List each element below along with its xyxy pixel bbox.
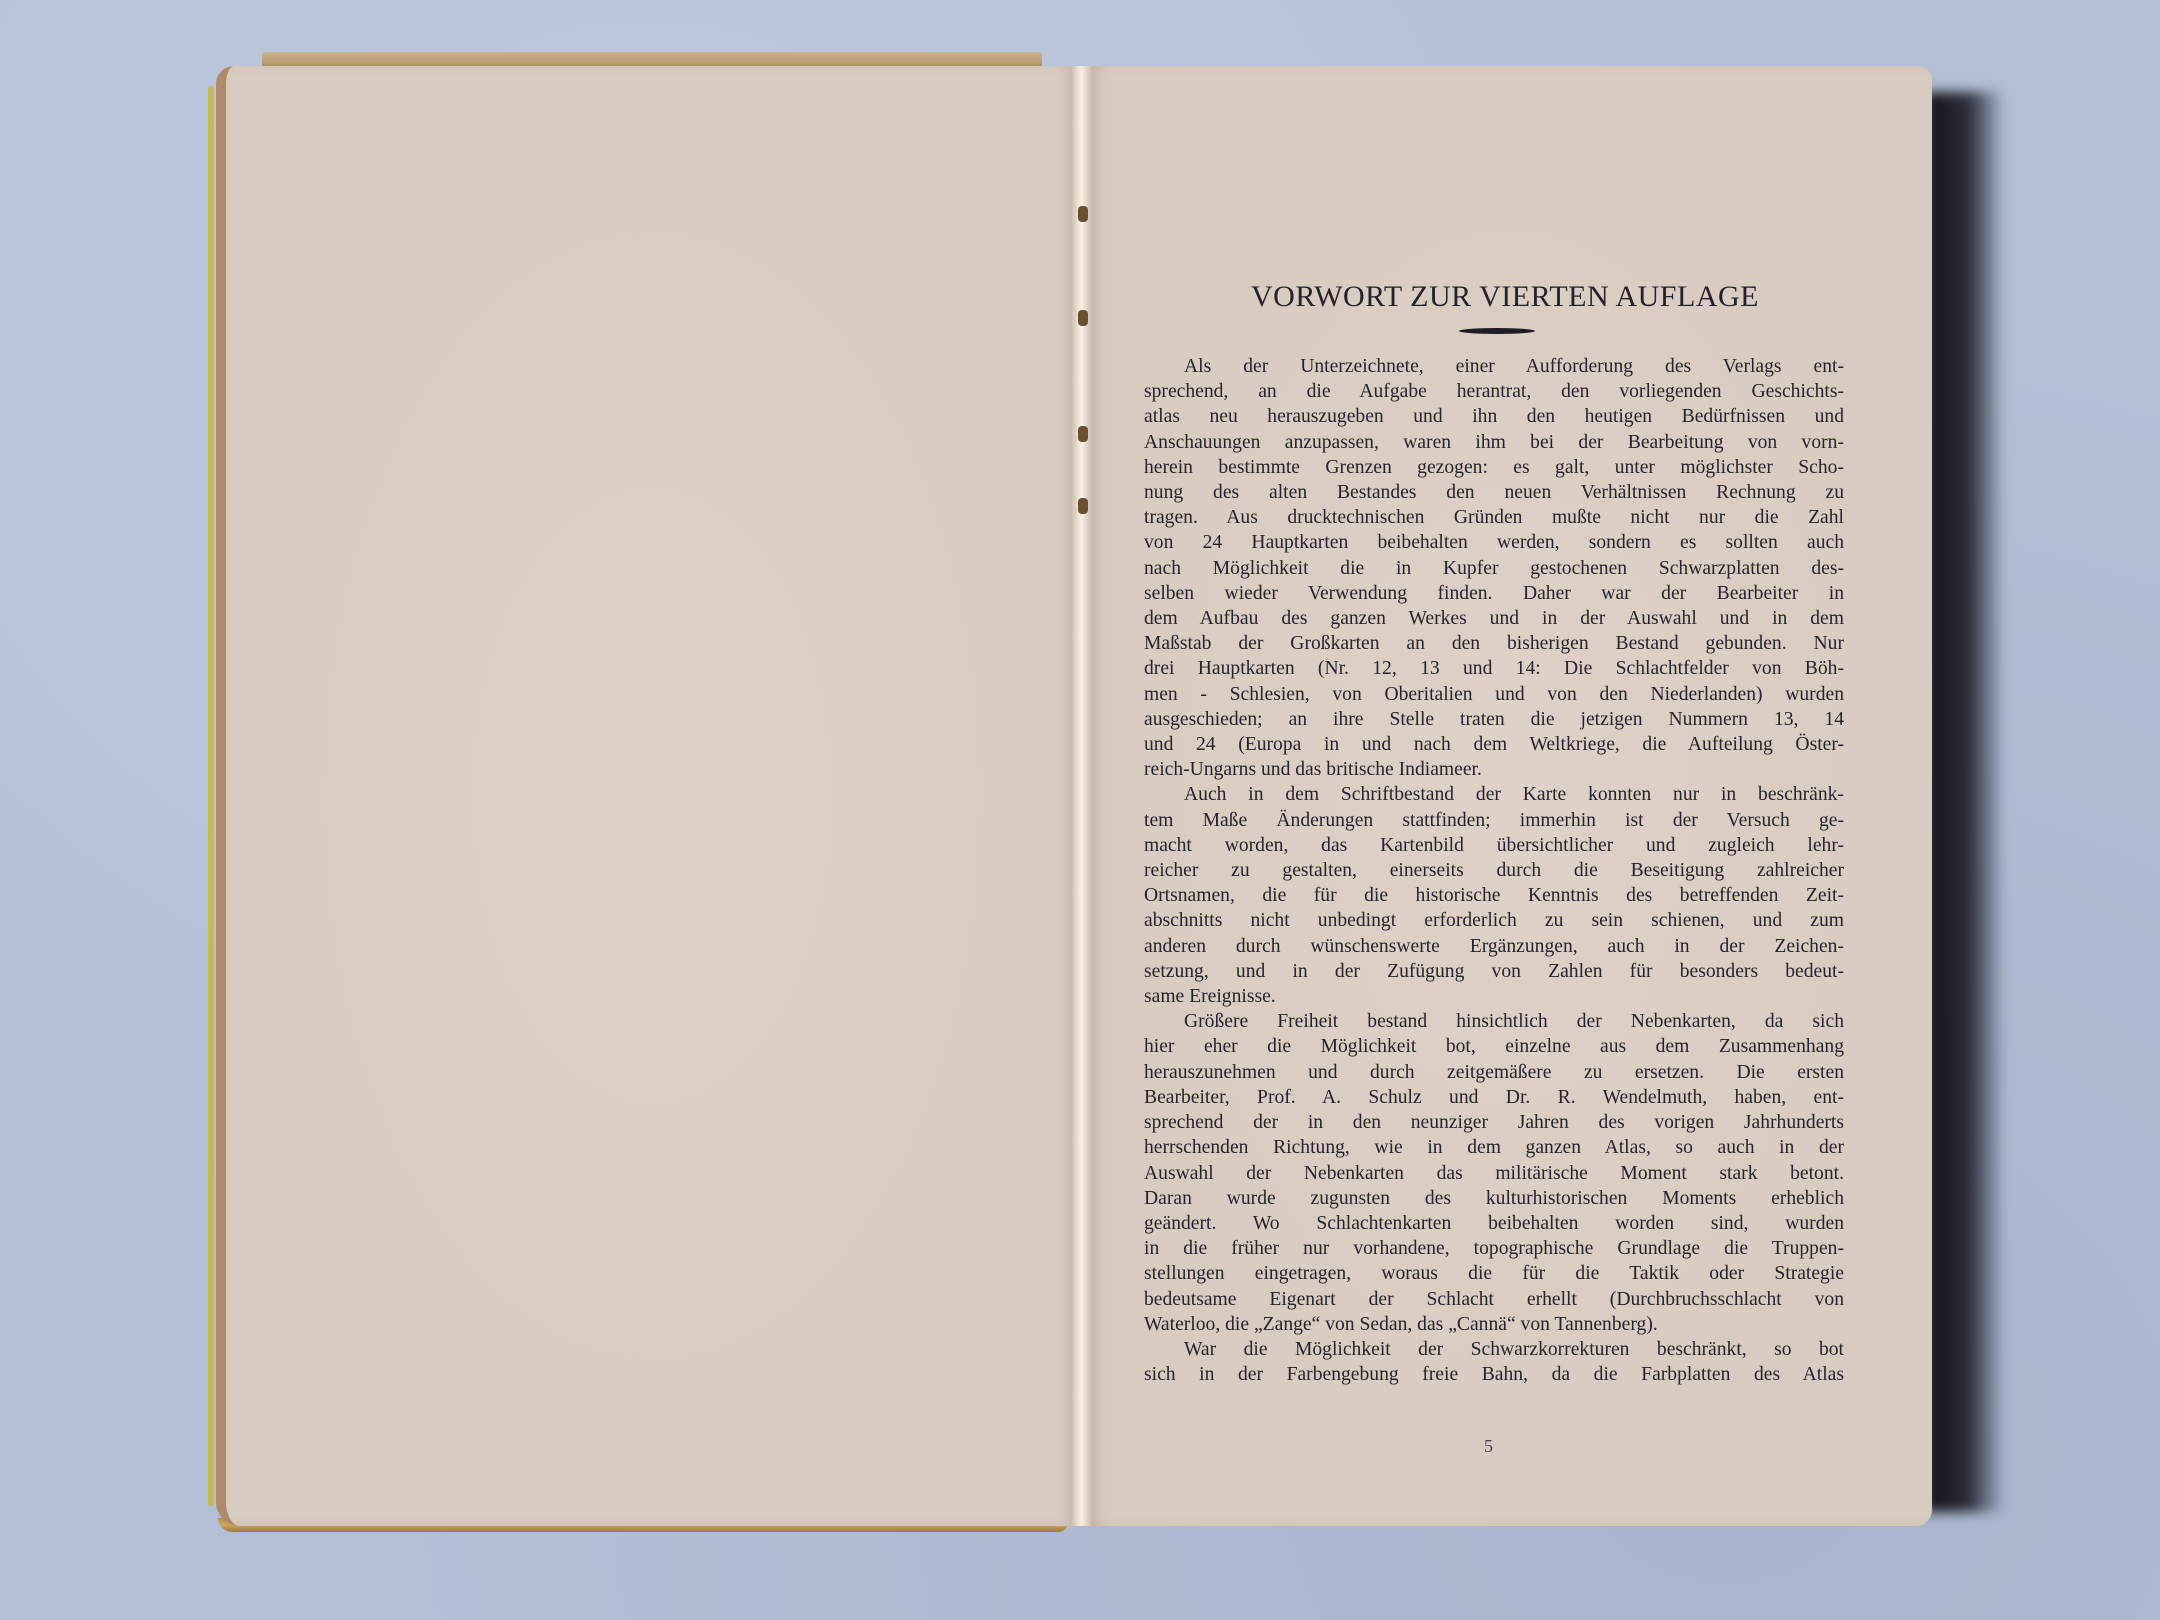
text-line: tragen. Aus drucktechnischen Gründen muß… xyxy=(1144,505,1844,530)
text-line: abschnitts nicht unbedingt erforderlich … xyxy=(1144,908,1844,933)
text-line: Größere Freiheit bestand hinsichtlich de… xyxy=(1144,1009,1844,1034)
text-line: ausgeschieden; an ihre Stelle traten die… xyxy=(1144,707,1844,732)
text-line: drei Hauptkarten (Nr. 12, 13 und 14: Die… xyxy=(1144,656,1844,681)
text-line: von 24 Hauptkarten beibehalten werden, s… xyxy=(1144,530,1844,555)
text-line: und 24 (Europa in und nach dem Weltkrieg… xyxy=(1144,732,1844,757)
paragraph: War die Möglichkeit der Schwarzkorrektur… xyxy=(1144,1337,1844,1387)
text-line: reich-Ungarns und das britische Indiamee… xyxy=(1144,757,1844,782)
text-line: Auswahl der Nebenkarten das militärische… xyxy=(1144,1161,1844,1186)
text-line: herauszunehmen und durch zeitgemäßere zu… xyxy=(1144,1060,1844,1085)
text-line: Waterloo, die „Zange“ von Sedan, das „Ca… xyxy=(1144,1312,1844,1337)
text-line: bedeutsame Eigenart der Schlacht erhellt… xyxy=(1144,1287,1844,1312)
paragraph: Als der Unterzeichnete, einer Aufforderu… xyxy=(1144,354,1844,782)
binding-stitch xyxy=(1078,310,1088,326)
text-line: setzung, und in der Zufügung von Zahlen … xyxy=(1144,959,1844,984)
preface-text-block: VORWORT ZUR VIERTEN AUFLAGE Als der Unte… xyxy=(1144,280,1844,1387)
page-number: 5 xyxy=(1484,1436,1493,1457)
text-line: dem Aufbau des ganzen Werkes und in der … xyxy=(1144,606,1844,631)
text-line: tem Maße Änderungen stattfinden; immerhi… xyxy=(1144,808,1844,833)
text-line: sprechend, an die Aufgabe herantrat, den… xyxy=(1144,379,1844,404)
text-line: Daran wurde zugunsten des kulturhistoris… xyxy=(1144,1186,1844,1211)
preface-paragraphs: Als der Unterzeichnete, einer Aufforderu… xyxy=(1144,354,1844,1387)
text-line: Bearbeiter, Prof. A. Schulz und Dr. R. W… xyxy=(1144,1085,1844,1110)
text-line: anderen durch wünschenswerte Ergänzungen… xyxy=(1144,934,1844,959)
paragraph: Auch in dem Schriftbestand der Karte kon… xyxy=(1144,782,1844,1009)
text-line: Ortsnamen, die für die historische Kennt… xyxy=(1144,883,1844,908)
text-line: in die früher nur vorhandene, topographi… xyxy=(1144,1236,1844,1261)
text-line: geändert. Wo Schlachtenkarten beibehalte… xyxy=(1144,1211,1844,1236)
text-line: same Ereignisse. xyxy=(1144,984,1844,1009)
text-line: War die Möglichkeit der Schwarzkorrektur… xyxy=(1144,1337,1844,1362)
text-line: sprechend der in den neunziger Jahren de… xyxy=(1144,1110,1844,1135)
binding-stitch xyxy=(1078,206,1088,222)
text-line: Anschauungen anzupassen, waren ihm bei d… xyxy=(1144,430,1844,455)
page-shadow xyxy=(1925,92,2005,1512)
text-line: sich in der Farbengebung freie Bahn, da … xyxy=(1144,1362,1844,1387)
text-line: hier eher die Möglichkeit bot, einzelne … xyxy=(1144,1034,1844,1059)
text-line: macht worden, das Kartenbild übersichtli… xyxy=(1144,833,1844,858)
text-line: herrschenden Richtung, wie in dem ganzen… xyxy=(1144,1135,1844,1160)
heading-ornament-rule xyxy=(1459,328,1535,334)
paragraph: Größere Freiheit bestand hinsichtlich de… xyxy=(1144,1009,1844,1337)
text-line: Maßstab der Großkarten an den bisherigen… xyxy=(1144,631,1844,656)
text-line: nach Möglichkeit die in Kupfer gestochen… xyxy=(1144,556,1844,581)
text-line: Auch in dem Schriftbestand der Karte kon… xyxy=(1144,782,1844,807)
text-line: reicher zu gestalten, einerseits durch d… xyxy=(1144,858,1844,883)
binding-stitch xyxy=(1078,426,1088,442)
text-line: atlas neu herauszugeben und ihn den heut… xyxy=(1144,404,1844,429)
book-spine-gutter xyxy=(1070,66,1092,1526)
binding-stitch xyxy=(1078,498,1088,514)
text-line: nung des alten Bestandes den neuen Verhä… xyxy=(1144,480,1844,505)
text-line: Als der Unterzeichnete, einer Aufforderu… xyxy=(1144,354,1844,379)
text-line: men - Schlesien, von Oberitalien und von… xyxy=(1144,682,1844,707)
left-page-blank xyxy=(216,66,1078,1526)
page-heading: VORWORT ZUR VIERTEN AUFLAGE xyxy=(1166,280,1844,314)
text-line: herein bestimmte Grenzen gezogen: es gal… xyxy=(1144,455,1844,480)
text-line: stellungen eingetragen, woraus die für d… xyxy=(1144,1261,1844,1286)
text-line: selben wieder Verwendung finden. Daher w… xyxy=(1144,581,1844,606)
